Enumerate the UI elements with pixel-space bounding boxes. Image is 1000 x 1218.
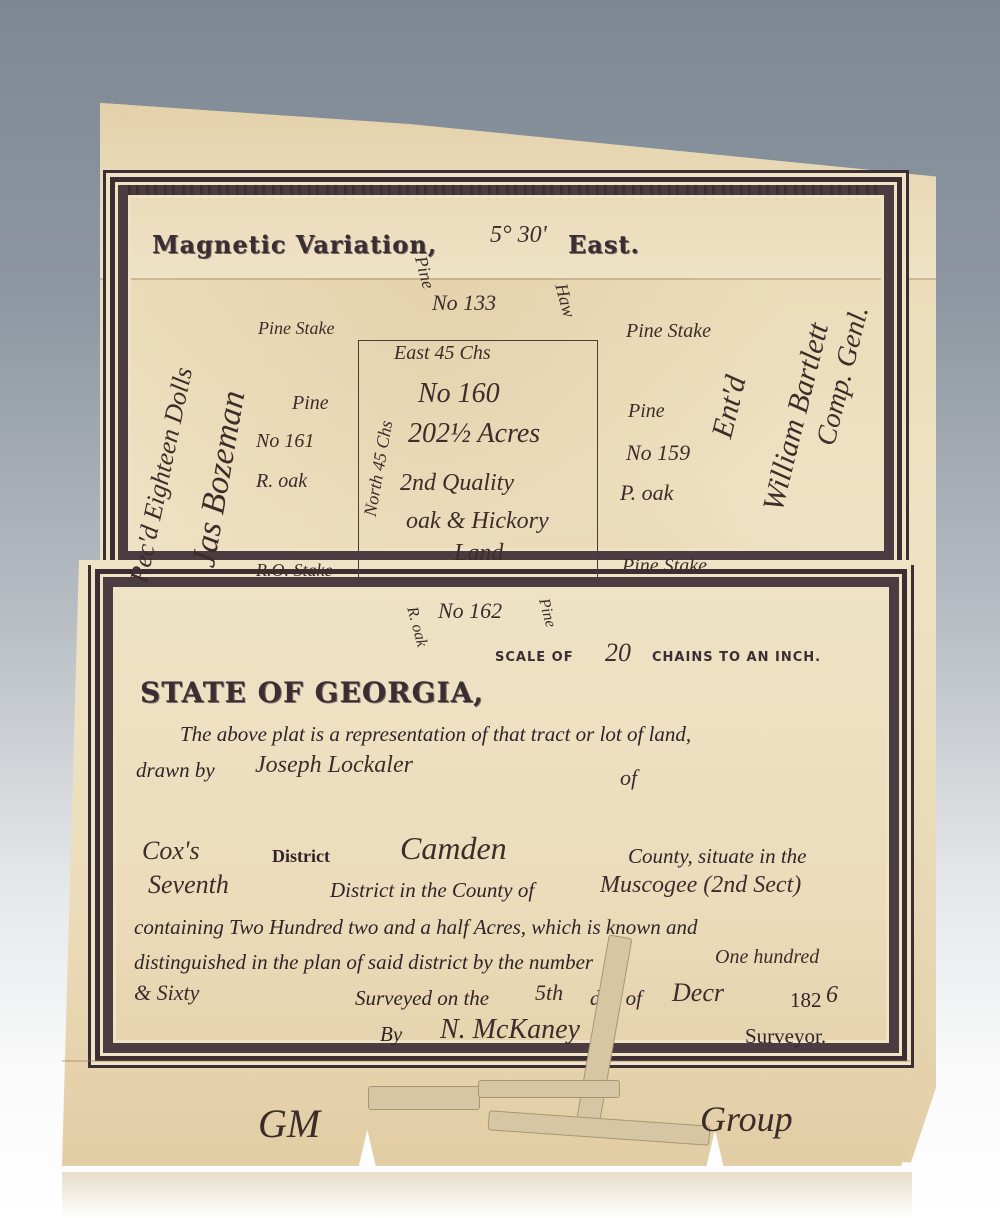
west-lot-tree-2: R. oak bbox=[256, 470, 307, 493]
body-line-2-prefix: drawn by bbox=[136, 758, 215, 783]
drawn-by-of: of bbox=[620, 765, 637, 791]
lot-number: No 160 bbox=[418, 378, 500, 410]
east-lot-tree: Pine bbox=[628, 400, 665, 423]
body-line-1: The above plat is a representation of th… bbox=[180, 722, 691, 747]
body-line-4: District in the County of bbox=[330, 878, 534, 903]
land-word: Land bbox=[454, 540, 503, 567]
bottom-fold-crease bbox=[62, 1060, 910, 1062]
body-line-3-suffix: County, situate in the bbox=[628, 844, 807, 869]
state-heading: STATE OF GEORGIA, bbox=[140, 676, 484, 709]
district-number-hand: Seventh bbox=[148, 870, 229, 900]
body-line-6: distinguished in the plan of said distri… bbox=[134, 950, 593, 975]
east-lot-tree-2: P. oak bbox=[620, 480, 673, 506]
south-lot-number: No 162 bbox=[438, 598, 502, 624]
surveyed-month: Decr bbox=[672, 978, 724, 1008]
surveyed-year-print: 182 bbox=[790, 988, 822, 1013]
county-name-hand: Camden bbox=[400, 830, 507, 867]
drawn-by-name: Joseph Lockaler bbox=[255, 752, 413, 779]
scale-suffix: CHAINS TO AN INCH. bbox=[652, 650, 821, 665]
surveyed-prefix: Surveyed on the bbox=[355, 986, 489, 1011]
table-reflection bbox=[62, 1172, 912, 1218]
binding-ribbon-left bbox=[368, 1086, 480, 1110]
top-right-stake: Pine Stake bbox=[626, 320, 711, 343]
magnetic-variation-value: 5° 30' bbox=[490, 222, 547, 249]
magnetic-variation-direction: East. bbox=[568, 230, 640, 259]
bottom-word: Group bbox=[700, 1098, 793, 1140]
land-quality: 2nd Quality bbox=[400, 470, 514, 497]
binding-ribbon-knot bbox=[478, 1080, 620, 1098]
district-label: District bbox=[272, 846, 330, 867]
lot-number-words-2: & Sixty bbox=[134, 980, 199, 1006]
surveyor-label: Surveyor. bbox=[745, 1024, 826, 1049]
bottom-initials: GM bbox=[258, 1100, 320, 1147]
county-of-hand: Muscogee (2nd Sect) bbox=[600, 872, 801, 899]
west-lot-number: No 161 bbox=[256, 430, 314, 453]
surveyed-year-hand: 6 bbox=[826, 982, 838, 1009]
scale-prefix: SCALE OF bbox=[495, 650, 574, 665]
magnetic-variation-label: Magnetic Variation, bbox=[152, 230, 437, 259]
by-label: By bbox=[380, 1022, 402, 1047]
lot-number-words-1: One hundred bbox=[715, 946, 819, 969]
district-name-hand: Cox's bbox=[142, 836, 200, 866]
north-lot-number: No 133 bbox=[432, 290, 496, 316]
bottom-right-stake: Pine Stake bbox=[622, 555, 707, 578]
top-left-stake: Pine Stake bbox=[258, 318, 334, 339]
west-lot-tree: Pine bbox=[292, 392, 329, 415]
east-lot-number: No 159 bbox=[626, 440, 690, 466]
land-type: oak & Hickory bbox=[406, 508, 549, 535]
bottom-left-stake: R.O. Stake bbox=[256, 560, 332, 581]
east-side-label: East 45 Chs bbox=[394, 342, 491, 365]
surveyor-name: N. McKaney bbox=[440, 1014, 580, 1046]
surveyed-day: 5th bbox=[535, 980, 563, 1006]
meander-pattern-top bbox=[128, 185, 878, 195]
scale-value: 20 bbox=[605, 638, 631, 668]
acreage: 202½ Acres bbox=[408, 418, 540, 450]
